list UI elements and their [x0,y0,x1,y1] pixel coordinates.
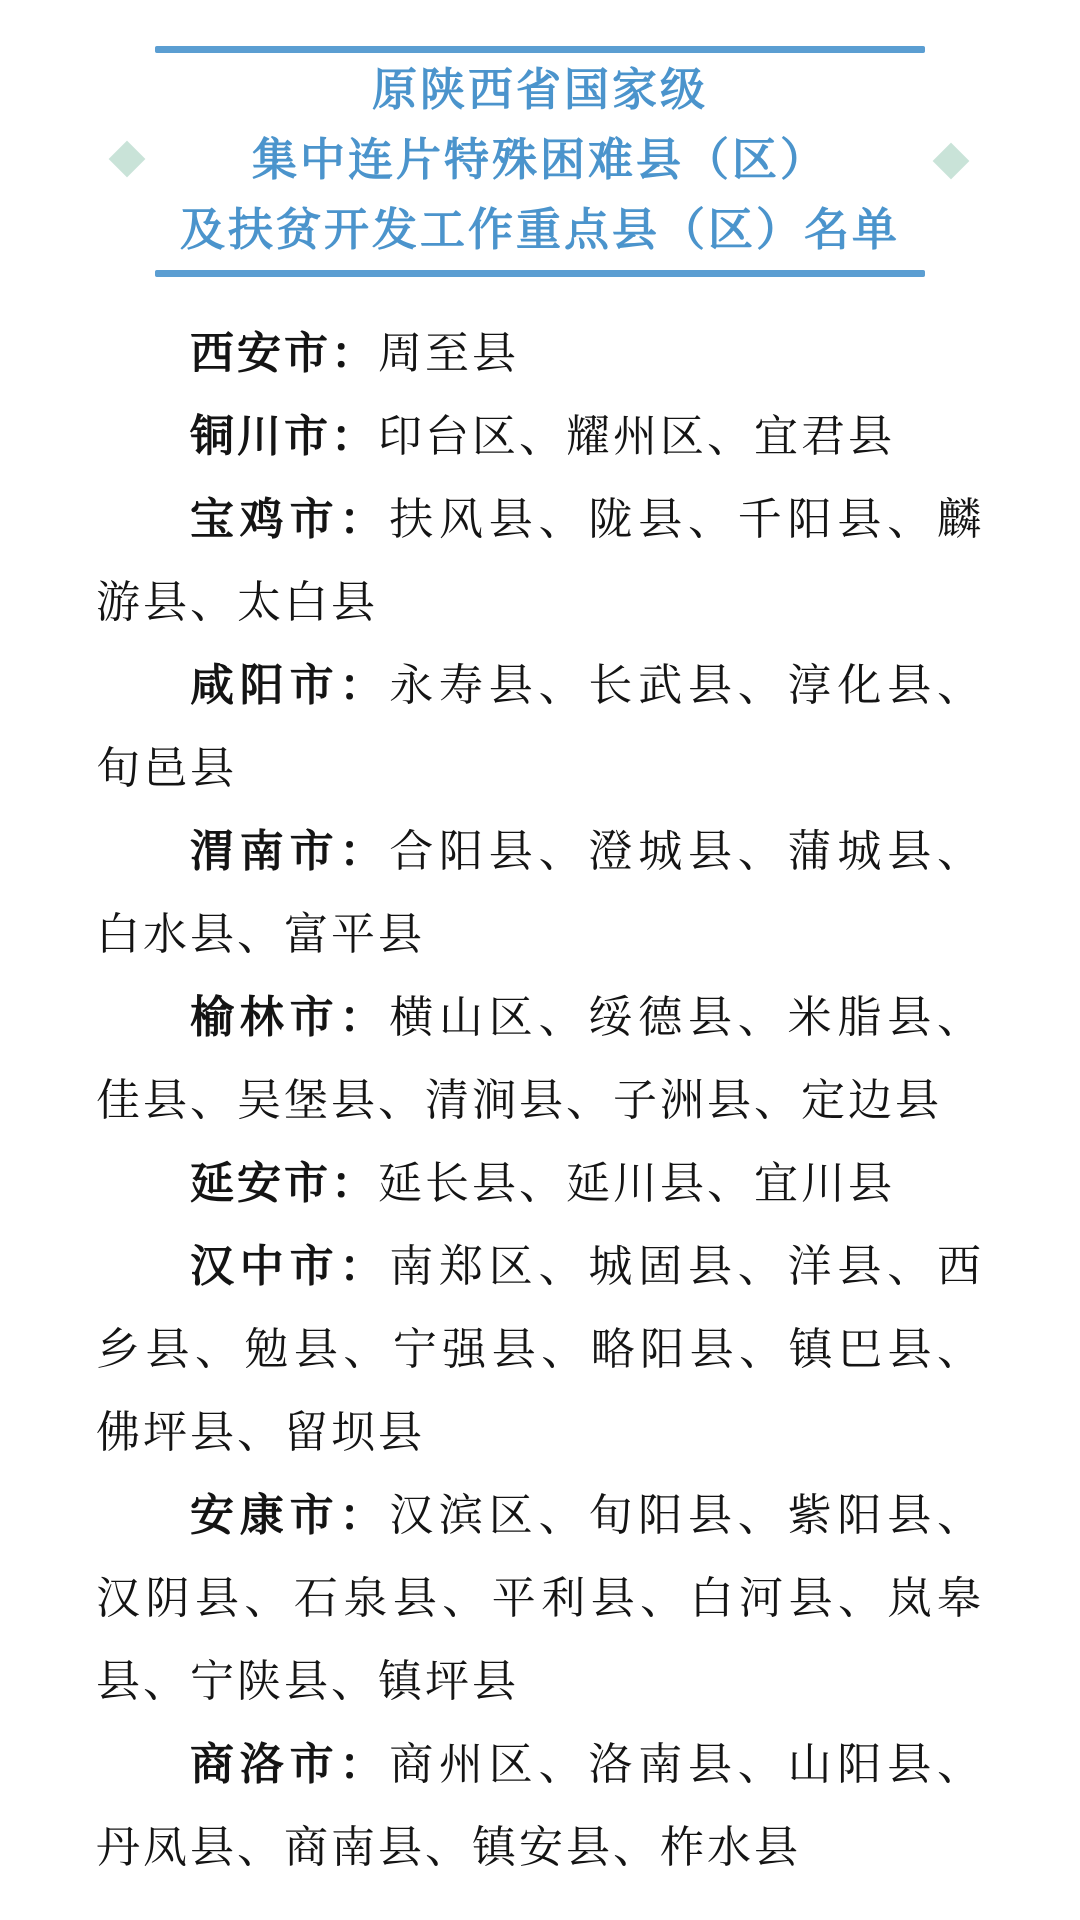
title-line-2: 集中连片特殊困难县（区） [0,125,1080,195]
list-item: 延安市：延长县、延川县、宜川县 [96,1142,984,1225]
list-item: 铜川市：印台区、耀州区、宜君县 [96,395,984,478]
list-item: 汉中市：南郑区、城固县、洋县、西乡县、勉县、宁强县、略阳县、镇巴县、佛坪县、留坝… [96,1225,984,1474]
title-line-1: 原陕西省国家级 [0,55,1080,125]
list-item: 西安市：周至县 [96,312,984,395]
city-label: 渭南市： [190,827,389,876]
city-label: 安康市： [190,1491,389,1540]
city-label: 咸阳市： [190,661,389,710]
county-names: 周至县 [378,329,519,378]
page-title: 原陕西省国家级 集中连片特殊困难县（区） 及扶贫开发工作重点县（区）名单 [0,55,1080,265]
county-list: 西安市：周至县铜川市：印台区、耀州区、宜君县宝鸡市：扶风县、陇县、千阳县、麟游县… [0,312,1080,1889]
city-label: 宝鸡市： [190,495,389,544]
city-label: 西安市： [190,329,378,378]
county-names: 延长县、延川县、宜川县 [378,1159,895,1208]
top-rule [155,46,925,53]
list-item: 榆林市：横山区、绥德县、米脂县、佳县、吴堡县、清涧县、子洲县、定边县 [96,976,984,1142]
list-item: 安康市：汉滨区、旬阳县、紫阳县、汉阴县、石泉县、平利县、白河县、岚皋县、宁陕县、… [96,1474,984,1723]
poster-page: 原陕西省国家级 集中连片特殊困难县（区） 及扶贫开发工作重点县（区）名单 西安市… [0,0,1080,1920]
list-item: 宝鸡市：扶风县、陇县、千阳县、麟游县、太白县 [96,478,984,644]
city-label: 铜川市： [190,412,378,461]
county-names: 印台区、耀州区、宜君县 [378,412,895,461]
list-item: 商洛市：商州区、洛南县、山阳县、丹凤县、商南县、镇安县、柞水县 [96,1723,984,1889]
list-item: 渭南市：合阳县、澄城县、蒲城县、白水县、富平县 [96,810,984,976]
list-item: 咸阳市：永寿县、长武县、淳化县、旬邑县 [96,644,984,810]
title-divider-rule [155,270,925,277]
city-label: 汉中市： [190,1242,389,1291]
city-label: 榆林市： [190,993,389,1042]
city-label: 商洛市： [190,1740,389,1789]
city-label: 延安市： [190,1159,378,1208]
title-line-3: 及扶贫开发工作重点县（区）名单 [0,195,1080,265]
